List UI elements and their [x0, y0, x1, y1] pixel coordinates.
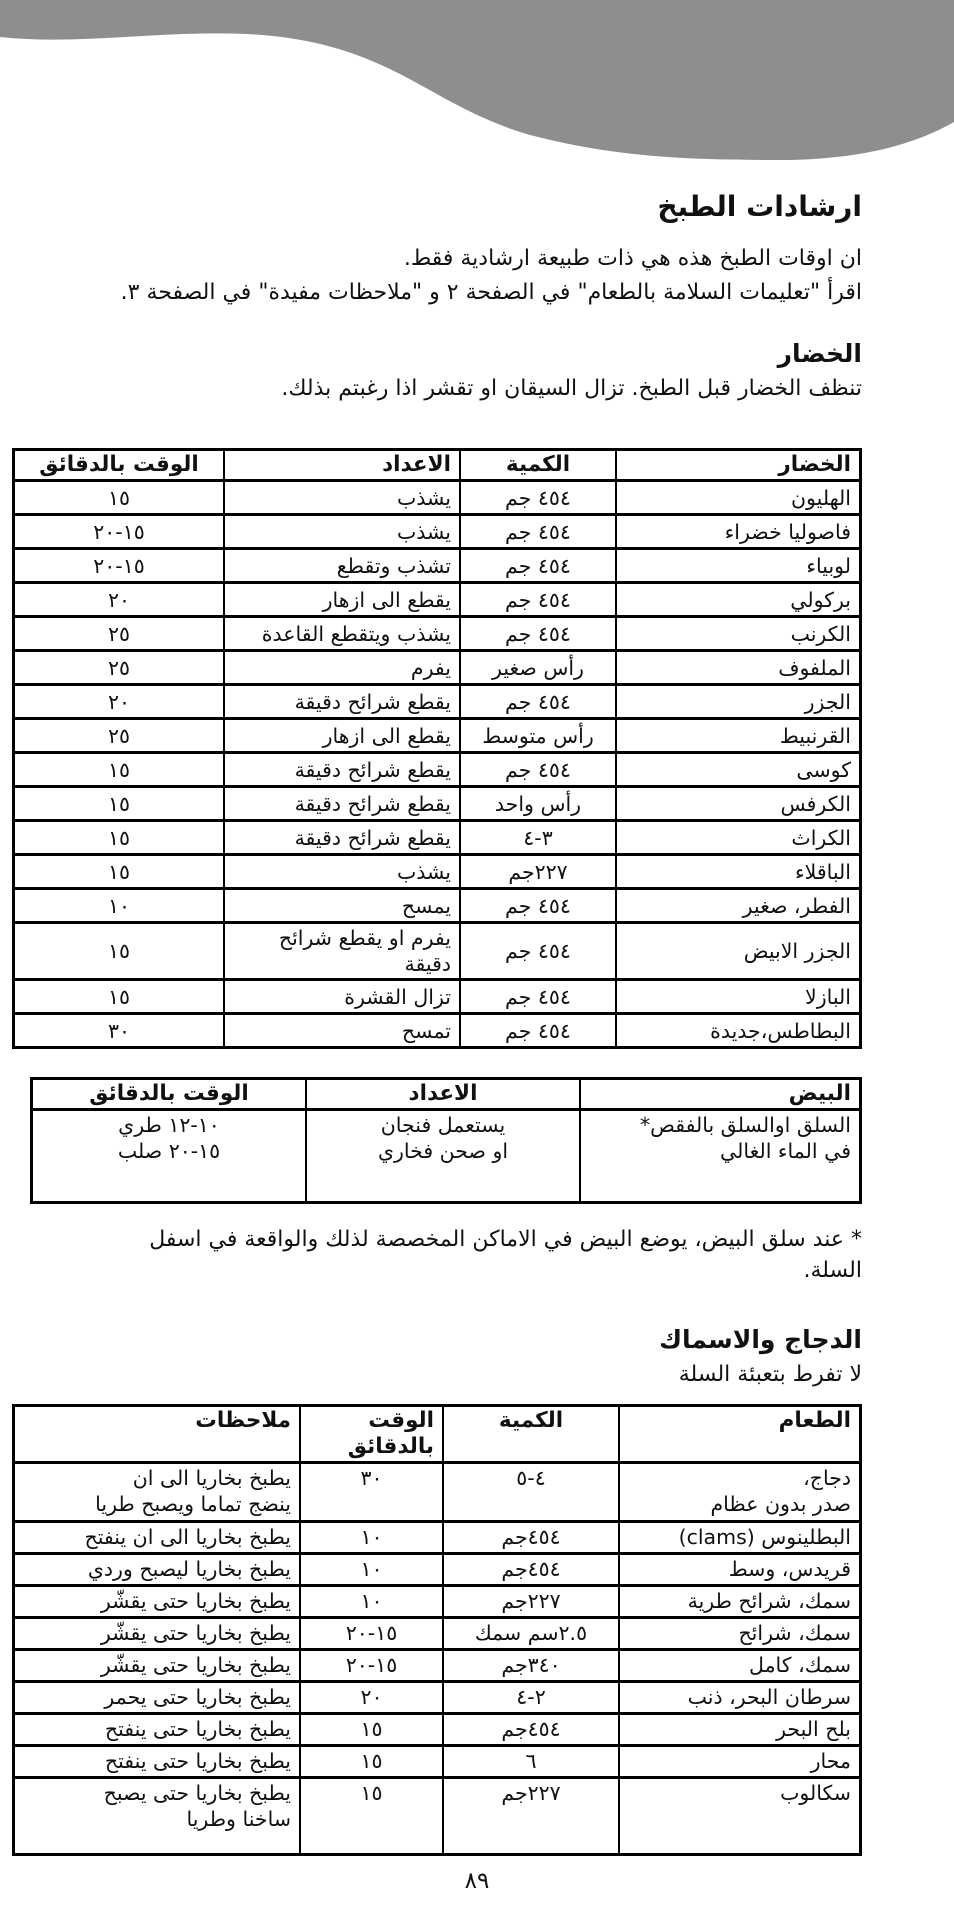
- column-header: الاعداد: [224, 450, 460, 481]
- table-cell: الكراث: [616, 821, 861, 855]
- column-header: الطعام: [619, 1406, 861, 1463]
- column-header: الخضار: [616, 450, 861, 481]
- column-header: البيض: [580, 1079, 861, 1110]
- table-cell: سمك، شرائح طرية: [619, 1586, 861, 1618]
- table-cell: رأس واحد: [460, 787, 616, 821]
- table-cell: ١٥-٢٠: [14, 549, 225, 583]
- table-row: سمك، كامل٣٤٠جم١٥-٢٠يطبخ بخاريا حتى يقشّر: [14, 1650, 861, 1682]
- table-cell: ٤٥٤ جم: [460, 889, 616, 923]
- table-row: الكرنب٤٥٤ جميشذب ويتقطع القاعدة٢٥: [14, 617, 861, 651]
- header-row: الطعامالكميةالوقت بالدقائقملاحظات: [14, 1406, 861, 1463]
- table-cell: ١٥: [14, 980, 225, 1014]
- table-cell: الملفوف: [616, 651, 861, 685]
- table-cell: ٢٢٧جم: [443, 1778, 619, 1855]
- column-header: الوقت بالدقائق: [300, 1406, 443, 1463]
- table-cell: يشذب: [224, 481, 460, 515]
- table-row: السلق اوالسلق بالفقص* في الماء الغالييست…: [32, 1110, 861, 1203]
- table-row: الكراث٣-٤يقطع شرائح دقيقة١٥: [14, 821, 861, 855]
- table-cell: يفرم او يقطع شرائح دقيقة: [224, 923, 460, 980]
- table-cell: سكالوب: [619, 1778, 861, 1855]
- table-row: البطاطس،جديدة٤٥٤ جمتمسح٣٠: [14, 1014, 861, 1048]
- table-cell: سمك، كامل: [619, 1650, 861, 1682]
- table-row: الهليون٤٥٤ جميشذب١٥: [14, 481, 861, 515]
- table-cell: يطبخ بخاريا الى ان ينضج تماما ويصبح طريا: [14, 1463, 301, 1522]
- table-row: القرنبيطرأس متوسطيقطع الى ازهار٢٥: [14, 719, 861, 753]
- table-cell: ٤٥٤جم: [443, 1554, 619, 1586]
- table-cell: يمسح: [224, 889, 460, 923]
- table-cell: ٤-٥: [443, 1463, 619, 1522]
- table-cell: ٣٠: [14, 1014, 225, 1048]
- table-cell: ١٠: [300, 1522, 443, 1554]
- column-header: الاعداد: [306, 1079, 580, 1110]
- table-cell: رأس صغير: [460, 651, 616, 685]
- table-cell: ١٥: [300, 1778, 443, 1855]
- header-row: الخضارالكميةالاعدادالوقت بالدقائق: [14, 450, 861, 481]
- column-header: الوقت بالدقائق: [32, 1079, 307, 1110]
- page-content: ارشادات الطبخ ان اوقات الطبخ هذه هي ذات …: [88, 0, 862, 1856]
- table-row: محار٦١٥يطبخ بخاريا حتى ينفتح: [14, 1746, 861, 1778]
- poultry-fish-subheading: لا تفرط بتعبئة السلة: [88, 1360, 862, 1390]
- table-cell: ٤٥٤ جم: [460, 753, 616, 787]
- column-header: الوقت بالدقائق: [14, 450, 225, 481]
- table-cell: قريدس، وسط: [619, 1554, 861, 1586]
- table-row: البازلا٤٥٤ جمتزال القشرة١٥: [14, 980, 861, 1014]
- table-cell: يطبخ بخاريا الى ان ينفتح: [14, 1522, 301, 1554]
- table-cell: يفرم: [224, 651, 460, 685]
- vegetables-table: الخضارالكميةالاعدادالوقت بالدقائقالهليون…: [12, 448, 862, 1049]
- table-row: بلح البحر٤٥٤جم١٥يطبخ بخاريا حتى ينفتح: [14, 1714, 861, 1746]
- table-row: فاصوليا خضراء٤٥٤ جميشذب١٥-٢٠: [14, 515, 861, 549]
- table-cell: يقطع شرائح دقيقة: [224, 753, 460, 787]
- table-row: لوبياء٤٥٤ جمتشذب وتقطع١٥-٢٠: [14, 549, 861, 583]
- table-cell: ٢٢٧جم: [460, 855, 616, 889]
- table-cell: السلق اوالسلق بالفقص* في الماء الغالي: [580, 1110, 861, 1203]
- decorative-wave: [0, 0, 954, 200]
- table-cell: ١٥: [14, 821, 225, 855]
- table-cell: البطلينوس (clams): [619, 1522, 861, 1554]
- table-cell: الكرنب: [616, 617, 861, 651]
- table-cell: تزال القشرة: [224, 980, 460, 1014]
- table-row: سمك، شرائح٢.٥سم سمك١٥-٢٠يطبخ بخاريا حتى …: [14, 1618, 861, 1650]
- table-cell: ٢٠: [14, 583, 225, 617]
- table-cell: دجاج، صدر بدون عظام: [619, 1463, 861, 1522]
- vegetables-note: تنظف الخضار قبل الطبخ. تزال السيقان او ت…: [88, 372, 862, 406]
- table-cell: ٤٥٤ جم: [460, 980, 616, 1014]
- table-cell: ٦: [443, 1746, 619, 1778]
- table-cell: تمسح: [224, 1014, 460, 1048]
- table-cell: يطبخ بخاريا ليصبح وردي: [14, 1554, 301, 1586]
- table-cell: سرطان البحر، ذنب: [619, 1682, 861, 1714]
- table-cell: ١٥: [14, 923, 225, 980]
- table-row: سرطان البحر، ذنب٢-٤٢٠يطبخ بخاريا حتى يحم…: [14, 1682, 861, 1714]
- header-row: البيضالاعدادالوقت بالدقائق: [32, 1079, 861, 1110]
- table-cell: محار: [619, 1746, 861, 1778]
- table-cell: الجزر: [616, 685, 861, 719]
- table-cell: ١٥-٢٠: [300, 1650, 443, 1682]
- table-cell: ١٥-٢٠: [14, 515, 225, 549]
- table-cell: ٤٥٤ جم: [460, 481, 616, 515]
- table-cell: يستعمل فنجان او صحن فخاري: [306, 1110, 580, 1203]
- table-row: قريدس، وسط٤٥٤جم١٠يطبخ بخاريا ليصبح وردي: [14, 1554, 861, 1586]
- table-row: سمك، شرائح طرية٢٢٧جم١٠يطبخ بخاريا حتى يق…: [14, 1586, 861, 1618]
- table-cell: البطاطس،جديدة: [616, 1014, 861, 1048]
- table-cell: البازلا: [616, 980, 861, 1014]
- table-cell: ٢٢٧جم: [443, 1586, 619, 1618]
- table-cell: الكرفس: [616, 787, 861, 821]
- table-cell: يشذب ويتقطع القاعدة: [224, 617, 460, 651]
- table-cell: يقطع شرائح دقيقة: [224, 821, 460, 855]
- table-cell: يقطع الى ازهار: [224, 719, 460, 753]
- table-row: الفطر، صغير٤٥٤ جميمسح١٠: [14, 889, 861, 923]
- table-cell: ١٥: [300, 1714, 443, 1746]
- table-cell: ١٥: [300, 1746, 443, 1778]
- table-row: الجزر الابيض٤٥٤ جميفرم او يقطع شرائح دقي…: [14, 923, 861, 980]
- table-cell: كوسى: [616, 753, 861, 787]
- table-cell: يشذب: [224, 515, 460, 549]
- table-cell: ٤٥٤ جم: [460, 515, 616, 549]
- table-cell: ٣-٤: [460, 821, 616, 855]
- vegetables-heading: الخضار: [88, 336, 862, 372]
- table-cell: ٤٥٤ جم: [460, 549, 616, 583]
- table-cell: ٤٥٤جم: [443, 1714, 619, 1746]
- table-cell: رأس متوسط: [460, 719, 616, 753]
- table-cell: ٢٥: [14, 651, 225, 685]
- table-cell: لوبياء: [616, 549, 861, 583]
- table-row: الجزر٤٥٤ جميقطع شرائح دقيقة٢٠: [14, 685, 861, 719]
- table-cell: ٤٥٤ جم: [460, 583, 616, 617]
- table-cell: ٤٥٤ جم: [460, 923, 616, 980]
- table-row: سكالوب٢٢٧جم١٥يطبخ بخاريا حتى يصبح ساخنا …: [14, 1778, 861, 1855]
- table-cell: ١٠-١٢ طري ١٥-٢٠ صلب: [32, 1110, 307, 1203]
- page-number: ٨٩: [0, 1868, 954, 1894]
- table-cell: ٢٠: [14, 685, 225, 719]
- table-cell: ١٥: [14, 753, 225, 787]
- table-cell: فاصوليا خضراء: [616, 515, 861, 549]
- table-cell: ١٠: [300, 1554, 443, 1586]
- table-row: البطلينوس (clams)٤٥٤جم١٠يطبخ بخاريا الى …: [14, 1522, 861, 1554]
- table-cell: ٣٤٠جم: [443, 1650, 619, 1682]
- eggs-table: البيضالاعدادالوقت بالدقائقالسلق اوالسلق …: [30, 1077, 862, 1204]
- eggs-footnote: * عند سلق البيض، يوضع البيض في الاماكن ا…: [88, 1224, 862, 1286]
- table-cell: يطبخ بخاريا حتى يقشّر: [14, 1650, 301, 1682]
- table-cell: ١٠: [300, 1586, 443, 1618]
- table-cell: ٢٠: [300, 1682, 443, 1714]
- intro-line-1: ان اوقات الطبخ هذه هي ذات طبيعة ارشادية …: [404, 246, 862, 271]
- table-cell: ١٥: [14, 481, 225, 515]
- column-header: الكمية: [460, 450, 616, 481]
- table-cell: ٤٥٤جم: [443, 1522, 619, 1554]
- table-cell: ١٥-٢٠: [300, 1618, 443, 1650]
- table-cell: ٤٥٤ جم: [460, 617, 616, 651]
- table-cell: يشذب: [224, 855, 460, 889]
- table-cell: ٤٥٤ جم: [460, 1014, 616, 1048]
- table-cell: يقطع الى ازهار: [224, 583, 460, 617]
- table-cell: ١٠: [14, 889, 225, 923]
- column-header: ملاحظات: [14, 1406, 301, 1463]
- table-cell: بركولي: [616, 583, 861, 617]
- wave-shape: [0, 0, 954, 160]
- table-cell: يطبخ بخاريا حتى يقشّر: [14, 1586, 301, 1618]
- table-cell: الباقلاء: [616, 855, 861, 889]
- column-header: الكمية: [443, 1406, 619, 1463]
- table-cell: يطبخ بخاريا حتى ينفتح: [14, 1714, 301, 1746]
- table-cell: ٣٠: [300, 1463, 443, 1522]
- table-cell: ٢٥: [14, 719, 225, 753]
- table-row: بركولي٤٥٤ جميقطع الى ازهار٢٠: [14, 583, 861, 617]
- table-cell: بلح البحر: [619, 1714, 861, 1746]
- table-cell: يطبخ بخاريا حتى يحمر: [14, 1682, 301, 1714]
- table-cell: ٢.٥سم سمك: [443, 1618, 619, 1650]
- intro-line-2: اقرأ "تعليمات السلامة بالطعام" في الصفحة…: [121, 280, 862, 305]
- table-cell: يقطع شرائح دقيقة: [224, 787, 460, 821]
- manual-page: { "page": { "number": "٨٩", "accent_gray…: [0, 0, 954, 1928]
- table-cell: الهليون: [616, 481, 861, 515]
- table-cell: يطبخ بخاريا حتى ينفتح: [14, 1746, 301, 1778]
- table-cell: تشذب وتقطع: [224, 549, 460, 583]
- table-row: دجاج، صدر بدون عظام٤-٥٣٠يطبخ بخاريا الى …: [14, 1463, 861, 1522]
- table-cell: القرنبيط: [616, 719, 861, 753]
- poultry-fish-table: الطعامالكميةالوقت بالدقائقملاحظاتدجاج، ص…: [12, 1404, 862, 1856]
- table-cell: ٤٥٤ جم: [460, 685, 616, 719]
- table-cell: يطبخ بخاريا حتى يقشّر: [14, 1618, 301, 1650]
- table-cell: الجزر الابيض: [616, 923, 861, 980]
- table-cell: ٢-٤: [443, 1682, 619, 1714]
- table-cell: ١٥: [14, 787, 225, 821]
- intro-text: ان اوقات الطبخ هذه هي ذات طبيعة ارشادية …: [88, 242, 862, 310]
- table-row: كوسى٤٥٤ جميقطع شرائح دقيقة١٥: [14, 753, 861, 787]
- table-row: الكرفسرأس واحديقطع شرائح دقيقة١٥: [14, 787, 861, 821]
- poultry-fish-heading: الدجاج والاسماك: [88, 1322, 862, 1358]
- table-cell: يطبخ بخاريا حتى يصبح ساخنا وطريا: [14, 1778, 301, 1855]
- table-row: الملفوفرأس صغيريفرم٢٥: [14, 651, 861, 685]
- table-row: الباقلاء٢٢٧جميشذب١٥: [14, 855, 861, 889]
- table-cell: سمك، شرائح: [619, 1618, 861, 1650]
- table-cell: الفطر، صغير: [616, 889, 861, 923]
- table-cell: ١٥: [14, 855, 225, 889]
- table-cell: يقطع شرائح دقيقة: [224, 685, 460, 719]
- table-cell: ٢٥: [14, 617, 225, 651]
